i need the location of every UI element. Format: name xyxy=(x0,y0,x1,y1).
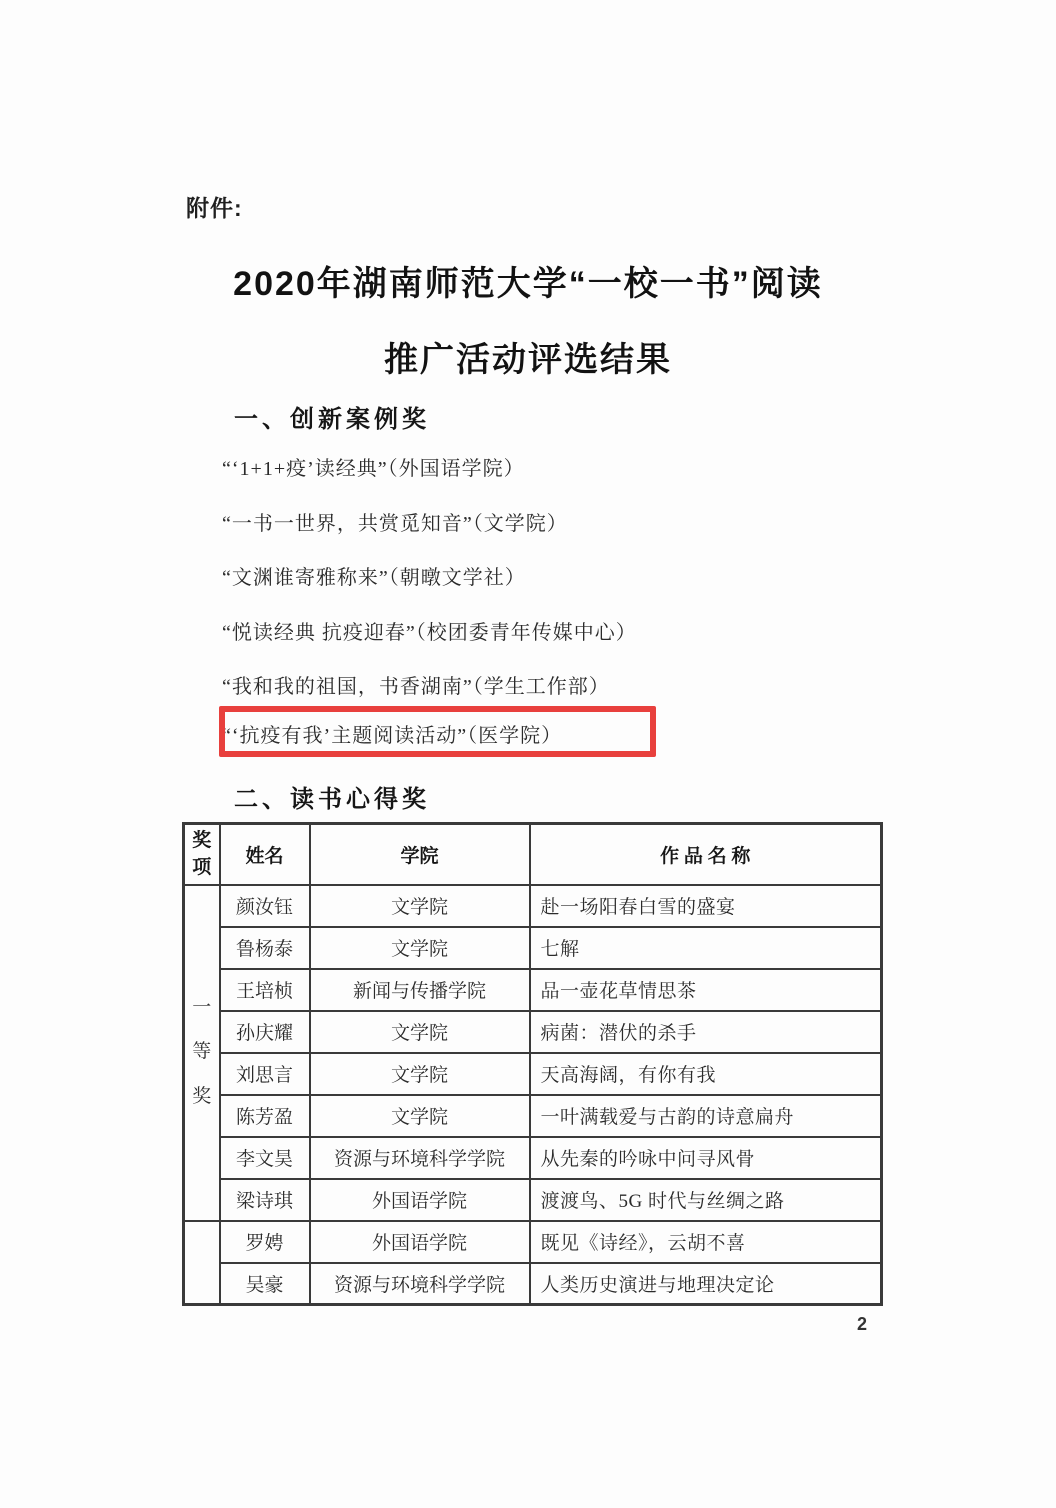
college-cell: 文学院 xyxy=(310,885,530,927)
header-award: 奖项 xyxy=(184,824,220,885)
name-cell: 颜汝钰 xyxy=(220,885,310,927)
work-cell: 一叶满载爱与古韵的诗意扁舟 xyxy=(530,1095,882,1137)
work-cell: 既见《诗经》，云胡不喜 xyxy=(530,1221,882,1263)
header-college: 学院 xyxy=(310,824,530,885)
name-cell: 王培桢 xyxy=(220,969,310,1011)
table-row: 孙庆耀 文学院 病菌：潜伏的杀手 xyxy=(184,1011,882,1053)
work-cell: 七解 xyxy=(530,927,882,969)
college-cell: 资源与环境科学学院 xyxy=(310,1263,530,1305)
table-row: 王培桢 新闻与传播学院 品一壶花草情思茶 xyxy=(184,969,882,1011)
name-cell: 罗娉 xyxy=(220,1221,310,1263)
college-cell: 外国语学院 xyxy=(310,1179,530,1221)
work-cell: 病菌：潜伏的杀手 xyxy=(530,1011,882,1053)
college-cell: 文学院 xyxy=(310,1095,530,1137)
innovation-case-item: “悦读经典 抗疫迎春”（校团委青年传媒中心） xyxy=(222,616,637,645)
name-cell: 梁诗琪 xyxy=(220,1179,310,1221)
table-row: 梁诗琪 外国语学院 渡渡鸟、5G 时代与丝绸之路 xyxy=(184,1179,882,1221)
name-cell: 刘思言 xyxy=(220,1053,310,1095)
table-row: 罗娉 外国语学院 既见《诗经》，云胡不喜 xyxy=(184,1221,882,1263)
table-row: 陈芳盈 文学院 一叶满载爱与古韵的诗意扁舟 xyxy=(184,1095,882,1137)
name-cell: 李文昊 xyxy=(220,1137,310,1179)
section-heading-reading-awards: 二、读书心得奖 xyxy=(234,779,430,814)
award-group-cell-first-prize: 一等奖 xyxy=(184,885,220,1221)
innovation-case-item: “一书一世界，共赏觅知音”（文学院） xyxy=(222,507,568,536)
attachment-label: 附件: xyxy=(186,190,243,223)
table-row: 一等奖 颜汝钰 文学院 赴一场阳春白雪的盛宴 xyxy=(184,885,882,927)
college-cell: 文学院 xyxy=(310,1053,530,1095)
table-row: 吴豪 资源与环境科学学院 人类历史演进与地理决定论 xyxy=(184,1263,882,1305)
table-row: 鲁杨泰 文学院 七解 xyxy=(184,927,882,969)
work-cell: 天高海阔，有你有我 xyxy=(530,1053,882,1095)
header-work: 作 品 名 称 xyxy=(530,824,882,885)
name-cell: 孙庆耀 xyxy=(220,1011,310,1053)
innovation-case-item: “‘1+1+疫’读经典”（外国语学院） xyxy=(222,452,525,481)
college-cell: 外国语学院 xyxy=(310,1221,530,1263)
page-number: 2 xyxy=(857,1314,867,1335)
work-cell: 渡渡鸟、5G 时代与丝绸之路 xyxy=(530,1179,882,1221)
college-cell: 资源与环境科学学院 xyxy=(310,1137,530,1179)
name-cell: 鲁杨泰 xyxy=(220,927,310,969)
header-name: 姓名 xyxy=(220,824,310,885)
reading-awards-table: 奖项 姓名 学院 作 品 名 称 一等奖 颜汝钰 文学院 赴一场阳春白雪的盛宴 … xyxy=(182,822,883,1306)
work-cell: 从先秦的吟咏中问寻风骨 xyxy=(530,1137,882,1179)
table-row: 刘思言 文学院 天高海阔，有你有我 xyxy=(184,1053,882,1095)
college-cell: 文学院 xyxy=(310,927,530,969)
work-cell: 赴一场阳春白雪的盛宴 xyxy=(530,885,882,927)
table-header-row: 奖项 姓名 学院 作 品 名 称 xyxy=(184,824,882,885)
document-title-line1: 2020年湖南师范大学“一校一书”阅读 xyxy=(0,256,1056,305)
innovation-case-item: “文渊谁寄雅称来”（朝暾文学社） xyxy=(222,561,526,590)
section-heading-innovation-awards: 一、创新案例奖 xyxy=(234,399,430,434)
table-row: 李文昊 资源与环境科学学院 从先秦的吟咏中问寻风骨 xyxy=(184,1137,882,1179)
innovation-case-item: “我和我的祖国，书香湖南”（学生工作部） xyxy=(222,670,610,699)
document-title-line2: 推广活动评选结果 xyxy=(0,332,1056,381)
work-cell: 品一壶花草情思茶 xyxy=(530,969,882,1011)
name-cell: 吴豪 xyxy=(220,1263,310,1305)
college-cell: 文学院 xyxy=(310,1011,530,1053)
award-group-cell-next xyxy=(184,1221,220,1305)
red-highlight-box xyxy=(219,706,656,757)
college-cell: 新闻与传播学院 xyxy=(310,969,530,1011)
document-page: 附件: 2020年湖南师范大学“一校一书”阅读 推广活动评选结果 一、创新案例奖… xyxy=(0,0,1056,1508)
name-cell: 陈芳盈 xyxy=(220,1095,310,1137)
work-cell: 人类历史演进与地理决定论 xyxy=(530,1263,882,1305)
